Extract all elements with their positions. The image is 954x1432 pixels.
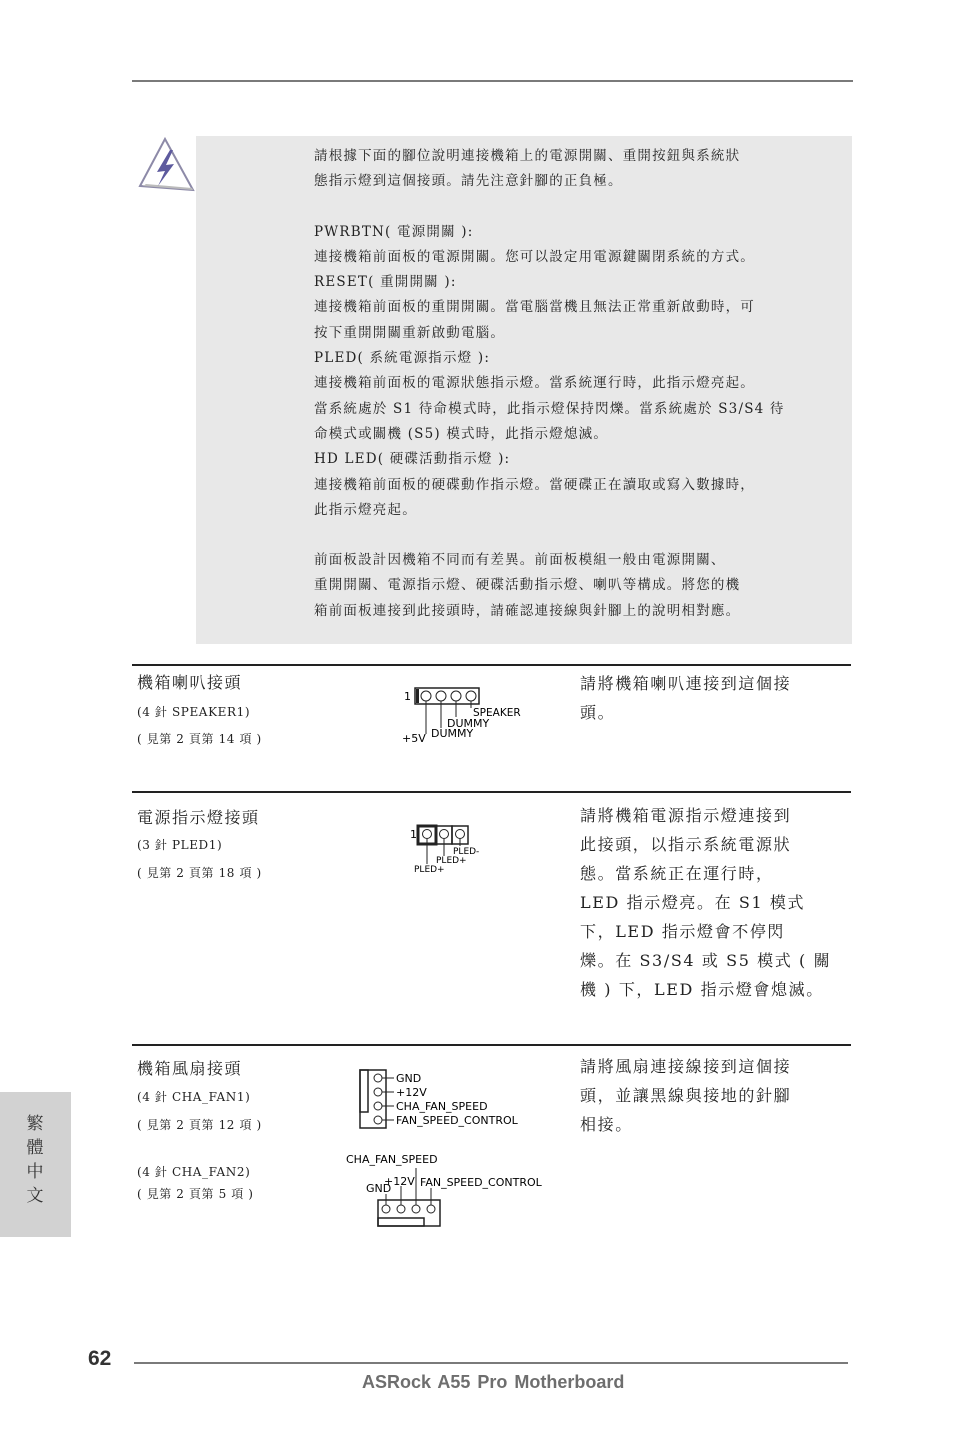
note-line: 態指示燈到這個接頭。請先注意針腳的正負極。 — [314, 169, 844, 194]
desc-line: 頭，並讓黑線與接地的針腳 — [580, 1081, 850, 1110]
speaker-pin-diagram: 1 +5V DUMMY DUMMY SPEAKER — [398, 684, 538, 744]
note-line: 連接機箱前面板的電源狀態指示燈。當系統運行時，此指示燈亮起。 — [314, 371, 844, 396]
desc-line: 請將機箱電源指示燈連接到 — [580, 801, 850, 830]
cha-fan2-pin-diagram: CHA_FAN_SPEED GND +12V FAN_SPEED_CONTROL — [344, 1150, 549, 1228]
pin-count-fan2: (4 針 CHA_FAN2) — [137, 1163, 250, 1180]
pin-label-pled-plus: PLED+ — [436, 856, 467, 866]
note-line: 連接機箱前面板的硬碟動作指示燈。當硬碟正在讀取或寫入數據時， — [314, 473, 844, 498]
warning-note-text: 請根據下面的腳位說明連接機箱上的電源開關、重開按鈕與系統狀 態指示燈到這個接頭。… — [314, 144, 844, 624]
pin-label-cha-fan-speed: CHA_FAN_SPEED — [346, 1153, 438, 1166]
pin1-label: 1 — [404, 690, 411, 703]
desc-line: LED 指示燈亮。在 S1 模式 — [580, 888, 850, 917]
footer-rule — [134, 1362, 848, 1364]
warning-lightning-icon — [137, 136, 197, 192]
section-title: 機箱喇叭接頭 — [137, 670, 242, 693]
desc-line: 頭。 — [580, 698, 850, 727]
pin-label-fan-speed-control: FAN_SPEED_CONTROL — [420, 1176, 543, 1189]
desc-line: 態。當系統正在運行時， — [580, 859, 850, 888]
pin-count: (3 針 PLED1) — [137, 836, 222, 853]
desc-line: 請將機箱喇叭連接到這個接 — [580, 669, 850, 698]
page-reference-fan1: ( 見第 2 頁第 12 項 ) — [137, 1116, 262, 1133]
pin1-label: 1 — [410, 828, 417, 841]
section-description: 請將風扇連接線接到這個接 頭，並讓黑線與接地的針腳 相接。 — [580, 1052, 850, 1139]
page-number: 62 — [88, 1347, 111, 1371]
page-reference-fan2: ( 見第 2 頁第 5 項 ) — [137, 1185, 254, 1202]
pin-label-5v: +5V — [402, 732, 426, 744]
note-line: 此指示燈亮起。 — [314, 498, 844, 523]
pin-label-gnd: GND — [396, 1072, 421, 1085]
reset-heading: RESET( 重開開關 ): — [314, 270, 844, 295]
pin-label-speaker: SPEAKER — [473, 707, 521, 719]
pin-label-pled-minus: PLED- — [453, 847, 479, 857]
section-description: 請將機箱喇叭連接到這個接 頭。 — [580, 669, 850, 727]
cha-fan1-pin-diagram: GND +12V CHA_FAN_SPEED FAN_SPEED_CONTROL — [356, 1066, 536, 1130]
note-line: 重開開關、電源指示燈、硬碟活動指示燈、喇叭等構成。將您的機 — [314, 573, 844, 598]
note-line: 前面板設計因機箱不同而有差異。前面板模組一般由電源開關、 — [314, 548, 844, 573]
note-line: 連接機箱前面板的電源開關。您可以設定用電源鍵關閉系統的方式。 — [314, 245, 844, 270]
desc-line: 請將風扇連接線接到這個接 — [580, 1052, 850, 1081]
footer-title: ASRock A55 Pro Motherboard — [362, 1372, 624, 1393]
pled-pin-diagram: 1 PLED+ PLED+ PLED- — [408, 822, 508, 878]
desc-line: 機 ) 下，LED 指示燈會熄滅。 — [580, 975, 850, 1004]
pin-count-fan1: (4 針 CHA_FAN1) — [137, 1088, 250, 1105]
note-line: 按下重開開關重新啟動電腦。 — [314, 321, 844, 346]
hdled-heading: HD LED( 硬碟活動指示燈 ): — [314, 447, 844, 472]
note-line: 連接機箱前面板的重開開關。當電腦當機且無法正常重新啟動時，可 — [314, 295, 844, 320]
page-reference: ( 見第 2 頁第 18 項 ) — [137, 864, 262, 881]
section-description: 請將機箱電源指示燈連接到 此接頭，以指示系統電源狀 態。當系統正在運行時， LE… — [580, 801, 850, 1004]
note-line: 當系統處於 S1 待命模式時，此指示燈保持閃爍。當系統處於 S3/S4 待 — [314, 397, 844, 422]
pin-count: (4 針 SPEAKER1) — [137, 703, 250, 720]
desc-line: 下，LED 指示燈會不停閃 — [580, 917, 850, 946]
pin-label-cha-fan-speed: CHA_FAN_SPEED — [396, 1100, 488, 1113]
note-line: 箱前面板連接到此接頭時，請確認連接線與針腳上的說明相對應。 — [314, 599, 844, 624]
section-title: 機箱風扇接頭 — [137, 1056, 242, 1079]
language-side-tab: 繁體中文 — [0, 1092, 71, 1237]
pin-label-12v: +12V — [396, 1086, 427, 1099]
pwrbtn-heading: PWRBTN( 電源開關 ): — [314, 220, 844, 245]
section-title: 電源指示燈接頭 — [137, 805, 260, 828]
pin-label-pled-plus: PLED+ — [414, 865, 445, 875]
top-rule — [132, 80, 853, 82]
page-reference: ( 見第 2 頁第 14 項 ) — [137, 730, 262, 747]
pled-heading: PLED( 系統電源指示燈 ): — [314, 346, 844, 371]
pin-label-fan-speed-control: FAN_SPEED_CONTROL — [396, 1114, 519, 1127]
desc-line: 爍。在 S3/S4 或 S5 模式 ( 關 — [580, 946, 850, 975]
pin-label-12v: +12V — [384, 1175, 415, 1188]
note-line: 請根據下面的腳位說明連接機箱上的電源開關、重開按鈕與系統狀 — [314, 144, 844, 169]
desc-line: 此接頭，以指示系統電源狀 — [580, 830, 850, 859]
note-line: 命模式或關機 (S5) 模式時，此指示燈熄滅。 — [314, 422, 844, 447]
side-tab-label: 繁體中文 — [25, 1112, 45, 1208]
desc-line: 相接。 — [580, 1110, 850, 1139]
